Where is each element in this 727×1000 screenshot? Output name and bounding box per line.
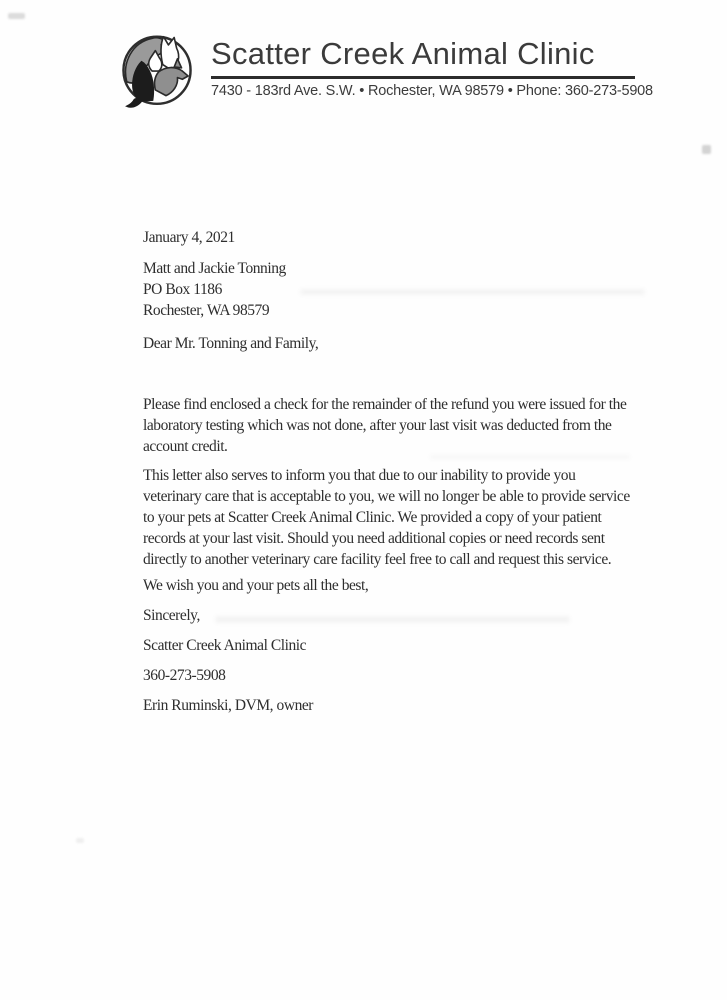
recipient-address-line1: PO Box 1186 xyxy=(143,279,688,300)
paragraph-refund: Please find enclosed a check for the rem… xyxy=(143,394,688,457)
scan-smudge xyxy=(8,13,25,19)
closing-wish: We wish you and your pets all the best, xyxy=(143,575,688,596)
closing-sincerely: Sincerely, xyxy=(143,605,688,626)
closing-signature: Erin Ruminski, DVM, owner xyxy=(143,695,688,716)
letterhead-address: 7430 - 183rd Ave. S.W. • Rochester, WA 9… xyxy=(211,83,653,99)
scan-smudge xyxy=(76,838,84,843)
closing-phone: 360-273-5908 xyxy=(143,665,688,686)
letter-body: January 4, 2021 Matt and Jackie Tonning … xyxy=(143,227,688,716)
scanned-letter-page: Scatter Creek Animal Clinic 7430 - 183rd… xyxy=(0,0,727,1000)
salutation: Dear Mr. Tonning and Family, xyxy=(143,333,688,354)
paragraph-termination: This letter also serves to inform you th… xyxy=(143,465,688,570)
clinic-logo xyxy=(116,31,198,121)
letter-date: January 4, 2021 xyxy=(143,227,688,248)
clinic-name: Scatter Creek Animal Clinic xyxy=(211,37,653,71)
animals-circle-logo-icon xyxy=(116,31,198,121)
recipient-name: Matt and Jackie Tonning xyxy=(143,258,688,279)
recipient-block: Matt and Jackie Tonning PO Box 1186 Roch… xyxy=(143,258,688,321)
recipient-address-line2: Rochester, WA 98579 xyxy=(143,300,688,321)
letterhead: Scatter Creek Animal Clinic 7430 - 183rd… xyxy=(116,31,653,121)
closing-clinic-name: Scatter Creek Animal Clinic xyxy=(143,635,688,656)
scan-smudge xyxy=(702,145,711,154)
letterhead-rule xyxy=(211,76,635,79)
letterhead-text: Scatter Creek Animal Clinic 7430 - 183rd… xyxy=(211,31,653,99)
